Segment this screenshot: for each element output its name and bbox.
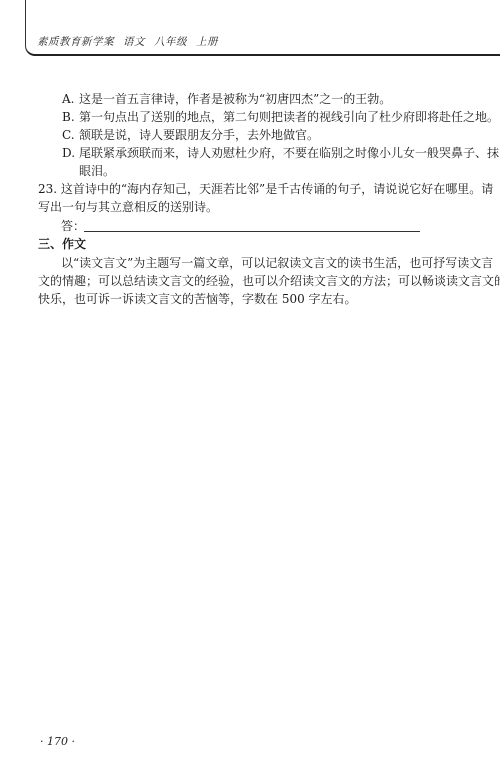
- answer-blank-line: [84, 231, 420, 232]
- header-subject: 语文: [123, 36, 145, 48]
- option-label: D.: [62, 145, 79, 161]
- header-volume: 上册: [196, 36, 218, 48]
- question-23-line2: 写出一句与其立意相反的送别诗。: [38, 199, 218, 215]
- section-title: 三、作文: [38, 236, 86, 252]
- essay-prompt-line3: 快乐，也可诉一诉读文言文的苦恼等，字数在 500 字左右。: [38, 291, 357, 307]
- question-number: 23.: [38, 182, 57, 196]
- question-23-line1: 23. 这首诗中的“海内存知己，天涯若比邻”是千古传诵的句子，请说说它好在哪里。…: [38, 181, 493, 197]
- essay-prompt-line2: 文的情趣；可以总结读文言文的经验，也可以介绍读文言文的方法；可以畅谈读文言文的: [38, 273, 500, 289]
- option-label: C.: [62, 127, 79, 143]
- option-label: A.: [62, 91, 79, 107]
- page-number: · 170 ·: [40, 735, 75, 748]
- header-series: 素质教育新学案: [37, 36, 114, 48]
- option-d: D.尾联紧承颈联而来，诗人劝慰杜少府，不要在临别之时像小儿女一般哭鼻子、抹: [62, 145, 499, 161]
- page-number-value: 170: [47, 735, 68, 748]
- option-text: 尾联紧承颈联而来，诗人劝慰杜少府，不要在临别之时像小儿女一般哭鼻子、抹: [79, 146, 499, 160]
- option-a: A.这是一首五言律诗，作者是被称为“初唐四杰”之一的王勃。: [62, 91, 391, 107]
- running-header: 素质教育新学案语文八年级上册: [37, 34, 227, 49]
- option-label: B.: [62, 109, 79, 125]
- option-b: B.第一句点出了送别的地点，第二句则把读者的视线引向了杜少府即将赴任之地。: [62, 109, 499, 125]
- essay-prompt-line1: 以“读文言文”为主题写一篇文章，可以记叙读文言文的读书生活，也可抒写读文言: [61, 255, 493, 271]
- option-text: 颔联是说，诗人要跟朋友分手，去外地做官。: [79, 128, 319, 142]
- option-text: 第一句点出了送别的地点，第二句则把读者的视线引向了杜少府即将赴任之地。: [79, 110, 499, 124]
- question-text: 这首诗中的“海内存知己，天涯若比邻”是千古传诵的句子，请说说它好在哪里。请: [61, 182, 493, 196]
- option-text: 这是一首五言律诗，作者是被称为“初唐四杰”之一的王勃。: [79, 92, 391, 106]
- option-d-continued: 眼泪。: [79, 163, 115, 179]
- header-grade: 八年级: [154, 36, 187, 48]
- option-c: C.颔联是说，诗人要跟朋友分手，去外地做官。: [62, 127, 319, 143]
- answer-label: 答：: [61, 218, 85, 234]
